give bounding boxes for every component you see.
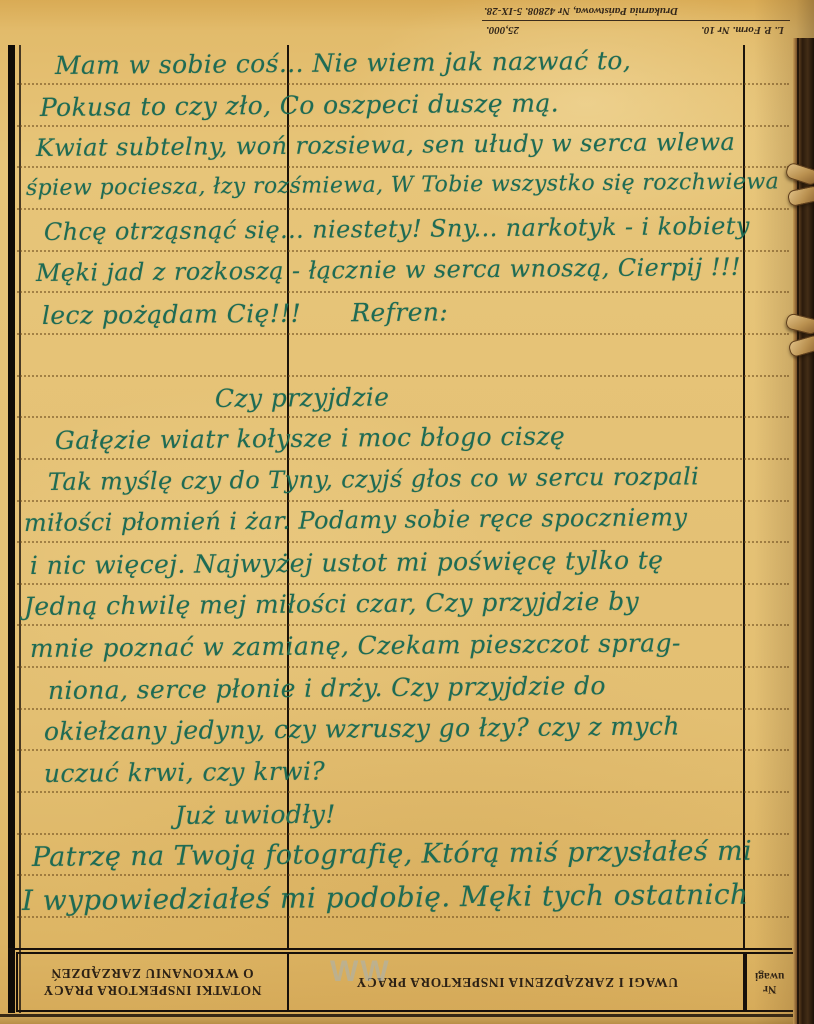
manuscript-line: Patrzę na Twoją fotografię, Którą miś pr… bbox=[32, 836, 753, 873]
ruled-line bbox=[17, 874, 789, 876]
manuscript-line: Pokusa to czy zło, Co oszpeci duszę mą. bbox=[40, 88, 559, 122]
manuscript-line: lecz pożądam Cię!!! Refren: bbox=[42, 297, 449, 330]
manuscript-line: Już uwiodły! bbox=[175, 799, 336, 829]
manuscript-line: niona, serce płonie i drży. Czy przyjdzi… bbox=[48, 671, 606, 705]
manuscript-line: Tak myślę czy do Tyny, czyjś głos co w s… bbox=[48, 462, 700, 496]
manuscript-line: Chcę otrząsnąć się... niestety! Sny... n… bbox=[44, 211, 750, 245]
manuscript-line: miłości płomień i żar. Podamy sobie ręce… bbox=[24, 503, 688, 537]
ruled-line bbox=[17, 250, 789, 252]
manuscript-line: Jedną chwilę mej miłości czar, Czy przyj… bbox=[24, 587, 639, 621]
footer-notes-line1: NOTATKI INSPEKTORA PRACY bbox=[43, 982, 261, 999]
ruled-line bbox=[17, 83, 789, 85]
book-binding-edge bbox=[793, 38, 814, 1024]
ruled-line bbox=[17, 583, 789, 585]
ruled-line bbox=[17, 541, 789, 543]
printer-imprint: Drukarnia Państwowa, Nr 42808. 5-IX-28. bbox=[482, 3, 790, 20]
ruled-line bbox=[17, 791, 789, 793]
ruled-line bbox=[17, 666, 789, 668]
footer-notes-line2: O WYKONANIU ZARZĄDZEŃ bbox=[43, 965, 261, 982]
ruled-line bbox=[17, 458, 789, 460]
left-frame-inner-line bbox=[19, 45, 21, 1013]
ruled-line bbox=[17, 125, 789, 127]
ruled-line bbox=[17, 500, 789, 502]
manuscript-line: I wypowiedziałeś mi podobię. Męki tych o… bbox=[22, 878, 749, 917]
table-top-line bbox=[8, 948, 792, 950]
form-number-row: L. P. Form. Nr 10. 25,000. bbox=[482, 20, 790, 37]
manuscript-line: okiełzany jedyny, czy wzruszy go łzy? cz… bbox=[44, 712, 680, 747]
manuscript-line: mnie poznać w zamianę, Czekam pieszczot … bbox=[30, 628, 681, 663]
manuscript-line: i nic więcej. Najwyżej ustot mi poświęcę… bbox=[30, 545, 664, 580]
ruled-line bbox=[17, 833, 789, 835]
footer-remarks-label: UWAGI I ZARZĄDZENIA INSPEKTORA PRACY bbox=[356, 974, 678, 991]
ruled-line bbox=[17, 333, 789, 335]
manuscript-line: uczuć krwi, czy krwi? bbox=[44, 757, 326, 788]
left-frame-bar bbox=[8, 45, 15, 1013]
ruled-line bbox=[17, 291, 789, 293]
scanned-page: L. P. Form. Nr 10. 25,000. Drukarnia Pań… bbox=[0, 0, 814, 1024]
footer-box-notes: NOTATKI INSPEKTORA PRACY O WYKONANIU ZAR… bbox=[16, 952, 289, 1012]
ruled-line bbox=[17, 624, 789, 626]
ruled-line bbox=[17, 916, 789, 918]
form-copies: 25,000. bbox=[486, 22, 519, 37]
page-bottom-paper-edge bbox=[0, 1017, 814, 1024]
printed-form-header: L. P. Form. Nr 10. 25,000. Drukarnia Pań… bbox=[482, 3, 790, 37]
archive-watermark: WW bbox=[330, 955, 391, 989]
manuscript-line: śpiew pociesza, łzy rozśmiewa, W Tobie w… bbox=[26, 169, 779, 201]
ruled-line bbox=[17, 749, 789, 751]
manuscript-line: Mam w sobie coś... Nie wiem jak nazwać t… bbox=[55, 46, 632, 80]
ruled-line bbox=[17, 166, 789, 168]
ruled-line bbox=[17, 416, 789, 418]
ruled-line bbox=[17, 375, 789, 377]
manuscript-line: Gałęzie wiatr kołysze i moc błogo ciszę bbox=[55, 421, 566, 454]
manuscript-line: Męki jad z rozkoszą - łącznie w serca wn… bbox=[36, 253, 741, 287]
ruled-line bbox=[17, 208, 789, 210]
manuscript-line: Kwiat subtelny, woń rozsiewa, sen ułudy … bbox=[36, 128, 736, 162]
ruled-line bbox=[17, 708, 789, 710]
manuscript-line: Czy przyjdzie bbox=[215, 383, 390, 414]
